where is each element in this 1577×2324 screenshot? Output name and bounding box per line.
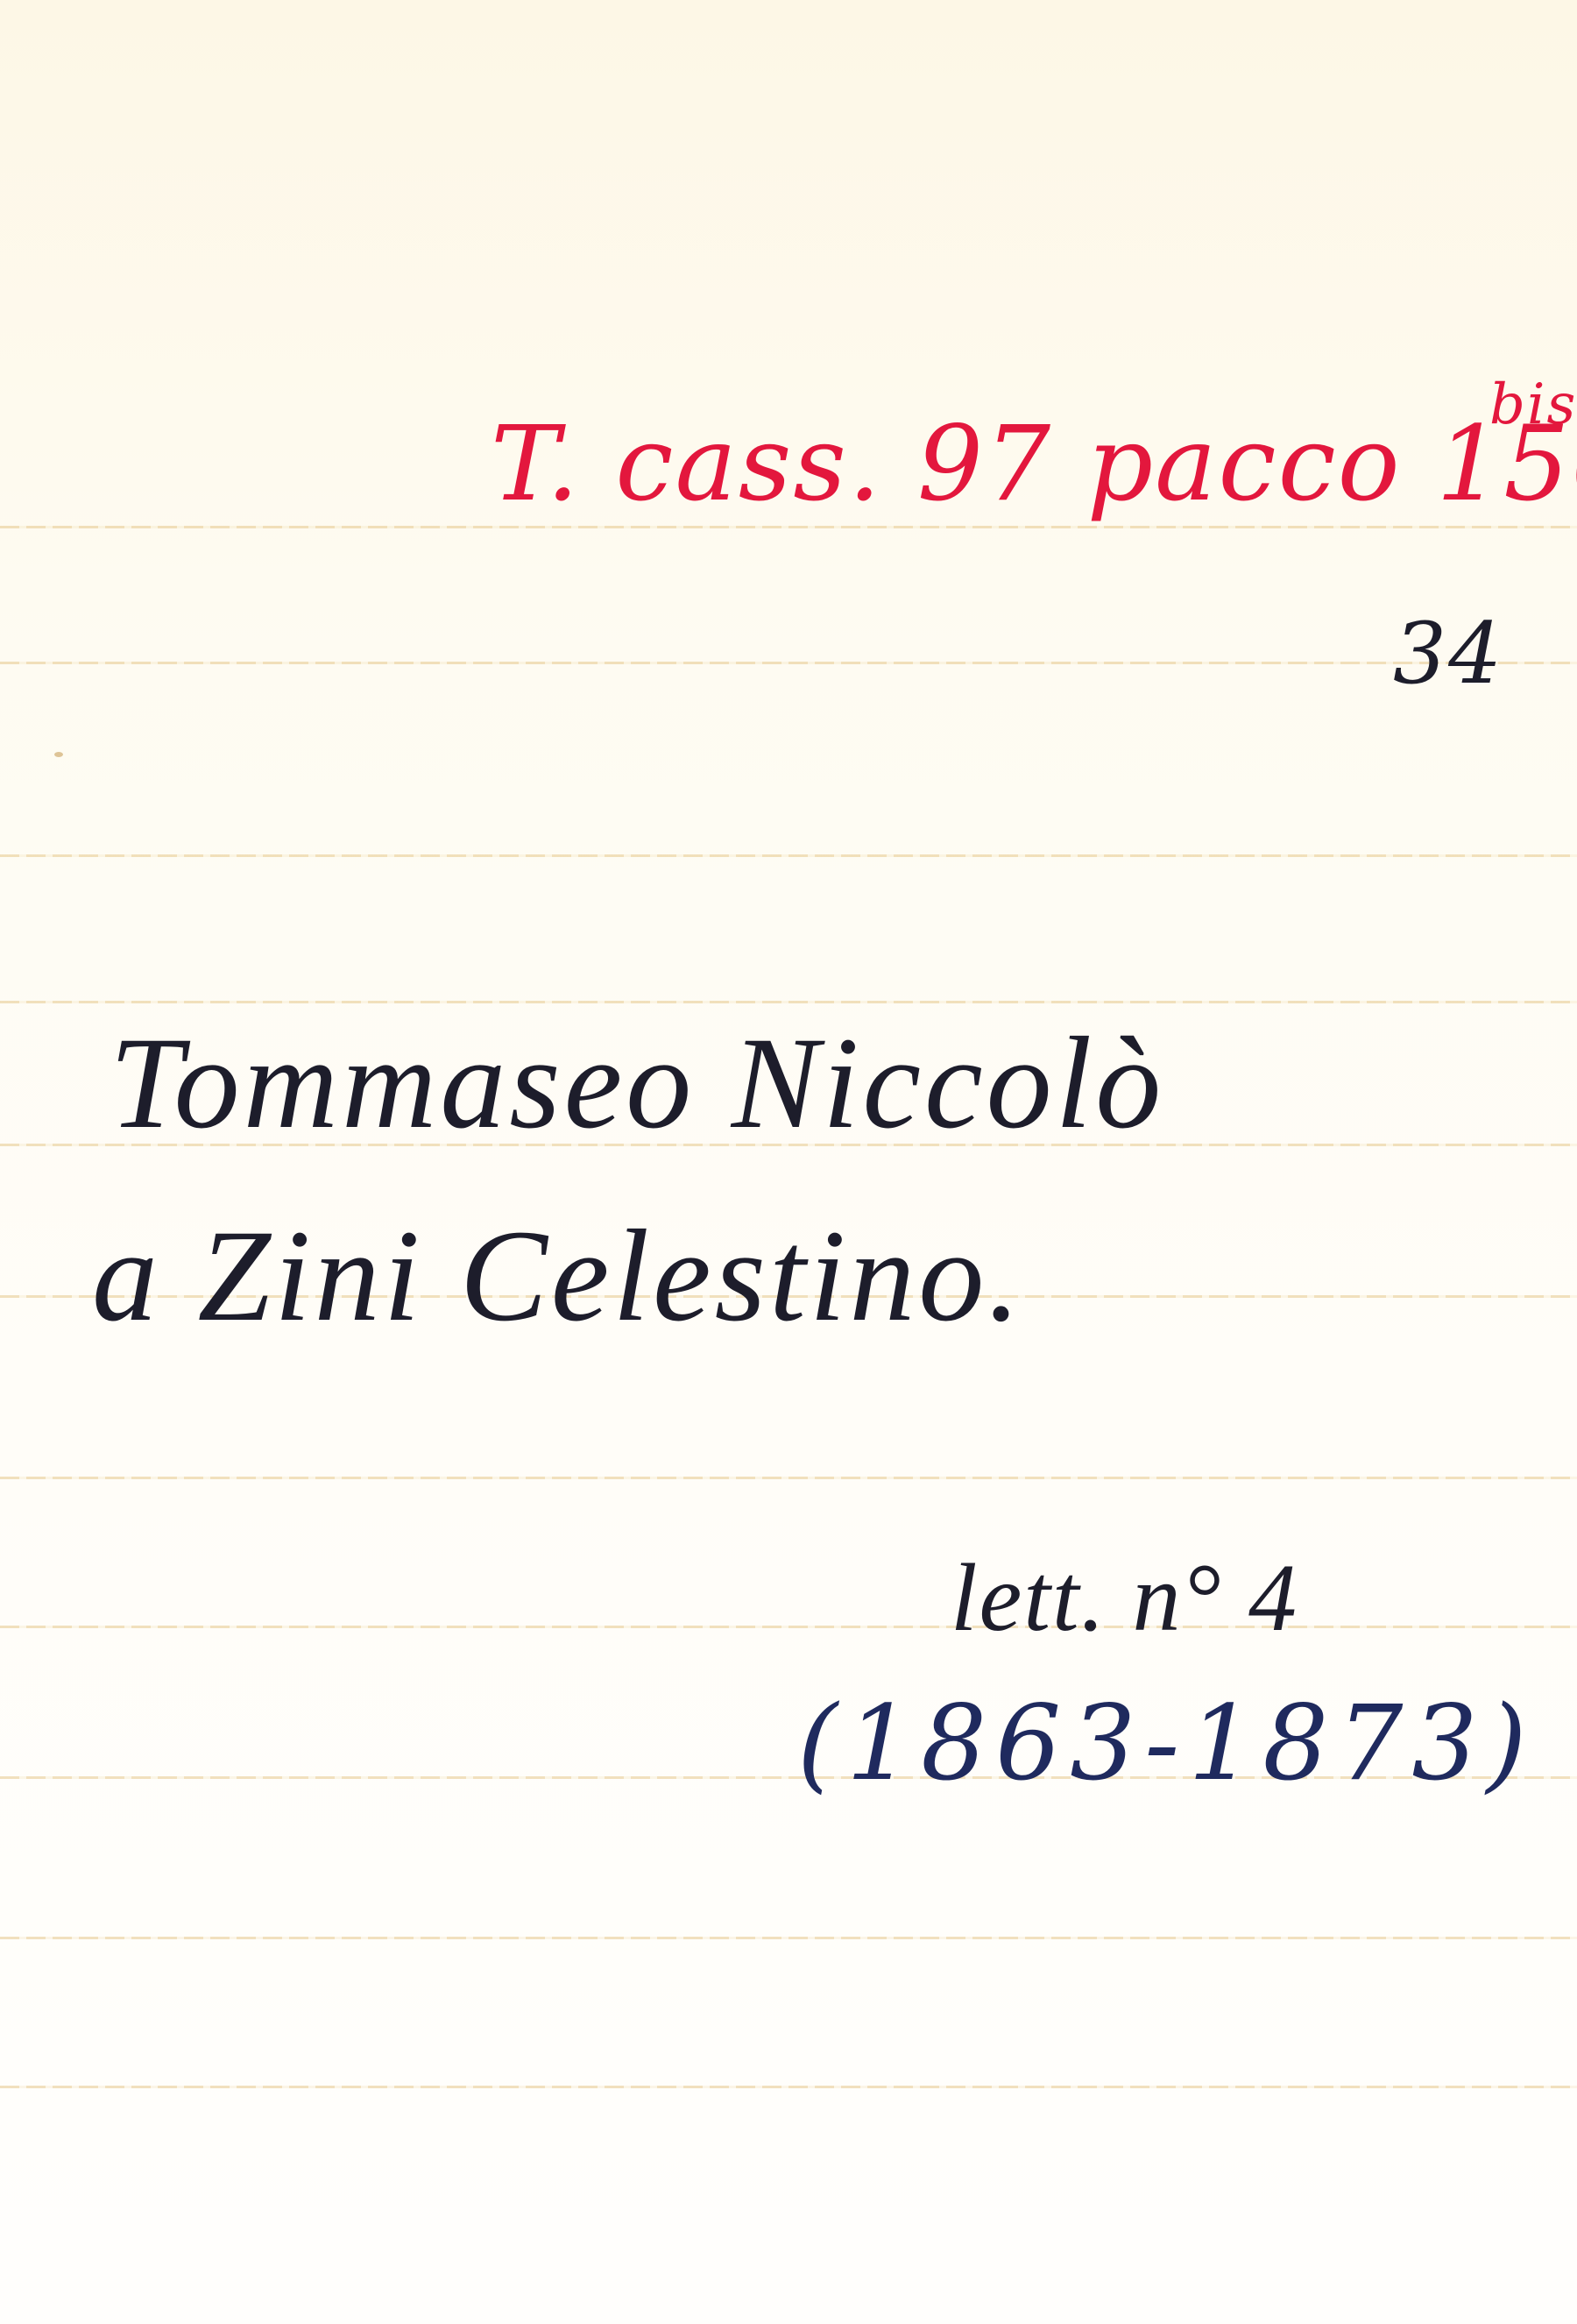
item-number: 34 xyxy=(1393,605,1503,703)
letter-count: lett. n° 4 xyxy=(951,1542,1298,1654)
call-number-suffix: bis xyxy=(1489,372,1577,437)
recipient-name: a Zini Celestino. xyxy=(92,1201,1024,1351)
ruled-line xyxy=(0,662,1577,664)
index-card: T. cass. 97 pacco 150. bis 34 Tommaseo N… xyxy=(0,0,1577,2324)
ruled-line xyxy=(0,1937,1577,1939)
ruled-line xyxy=(0,1001,1577,1003)
call-number: T. cass. 97 pacco 150. xyxy=(491,403,1577,524)
ruled-line xyxy=(0,854,1577,857)
ruled-line xyxy=(0,2086,1577,2088)
paper-speck xyxy=(54,752,63,757)
ruled-line xyxy=(0,526,1577,528)
author-name: Tommaseo Niccolò xyxy=(110,1008,1164,1158)
ruled-line xyxy=(0,1626,1577,1628)
ruled-line xyxy=(0,1477,1577,1479)
date-range: (1863-1873) xyxy=(797,1683,1536,1803)
